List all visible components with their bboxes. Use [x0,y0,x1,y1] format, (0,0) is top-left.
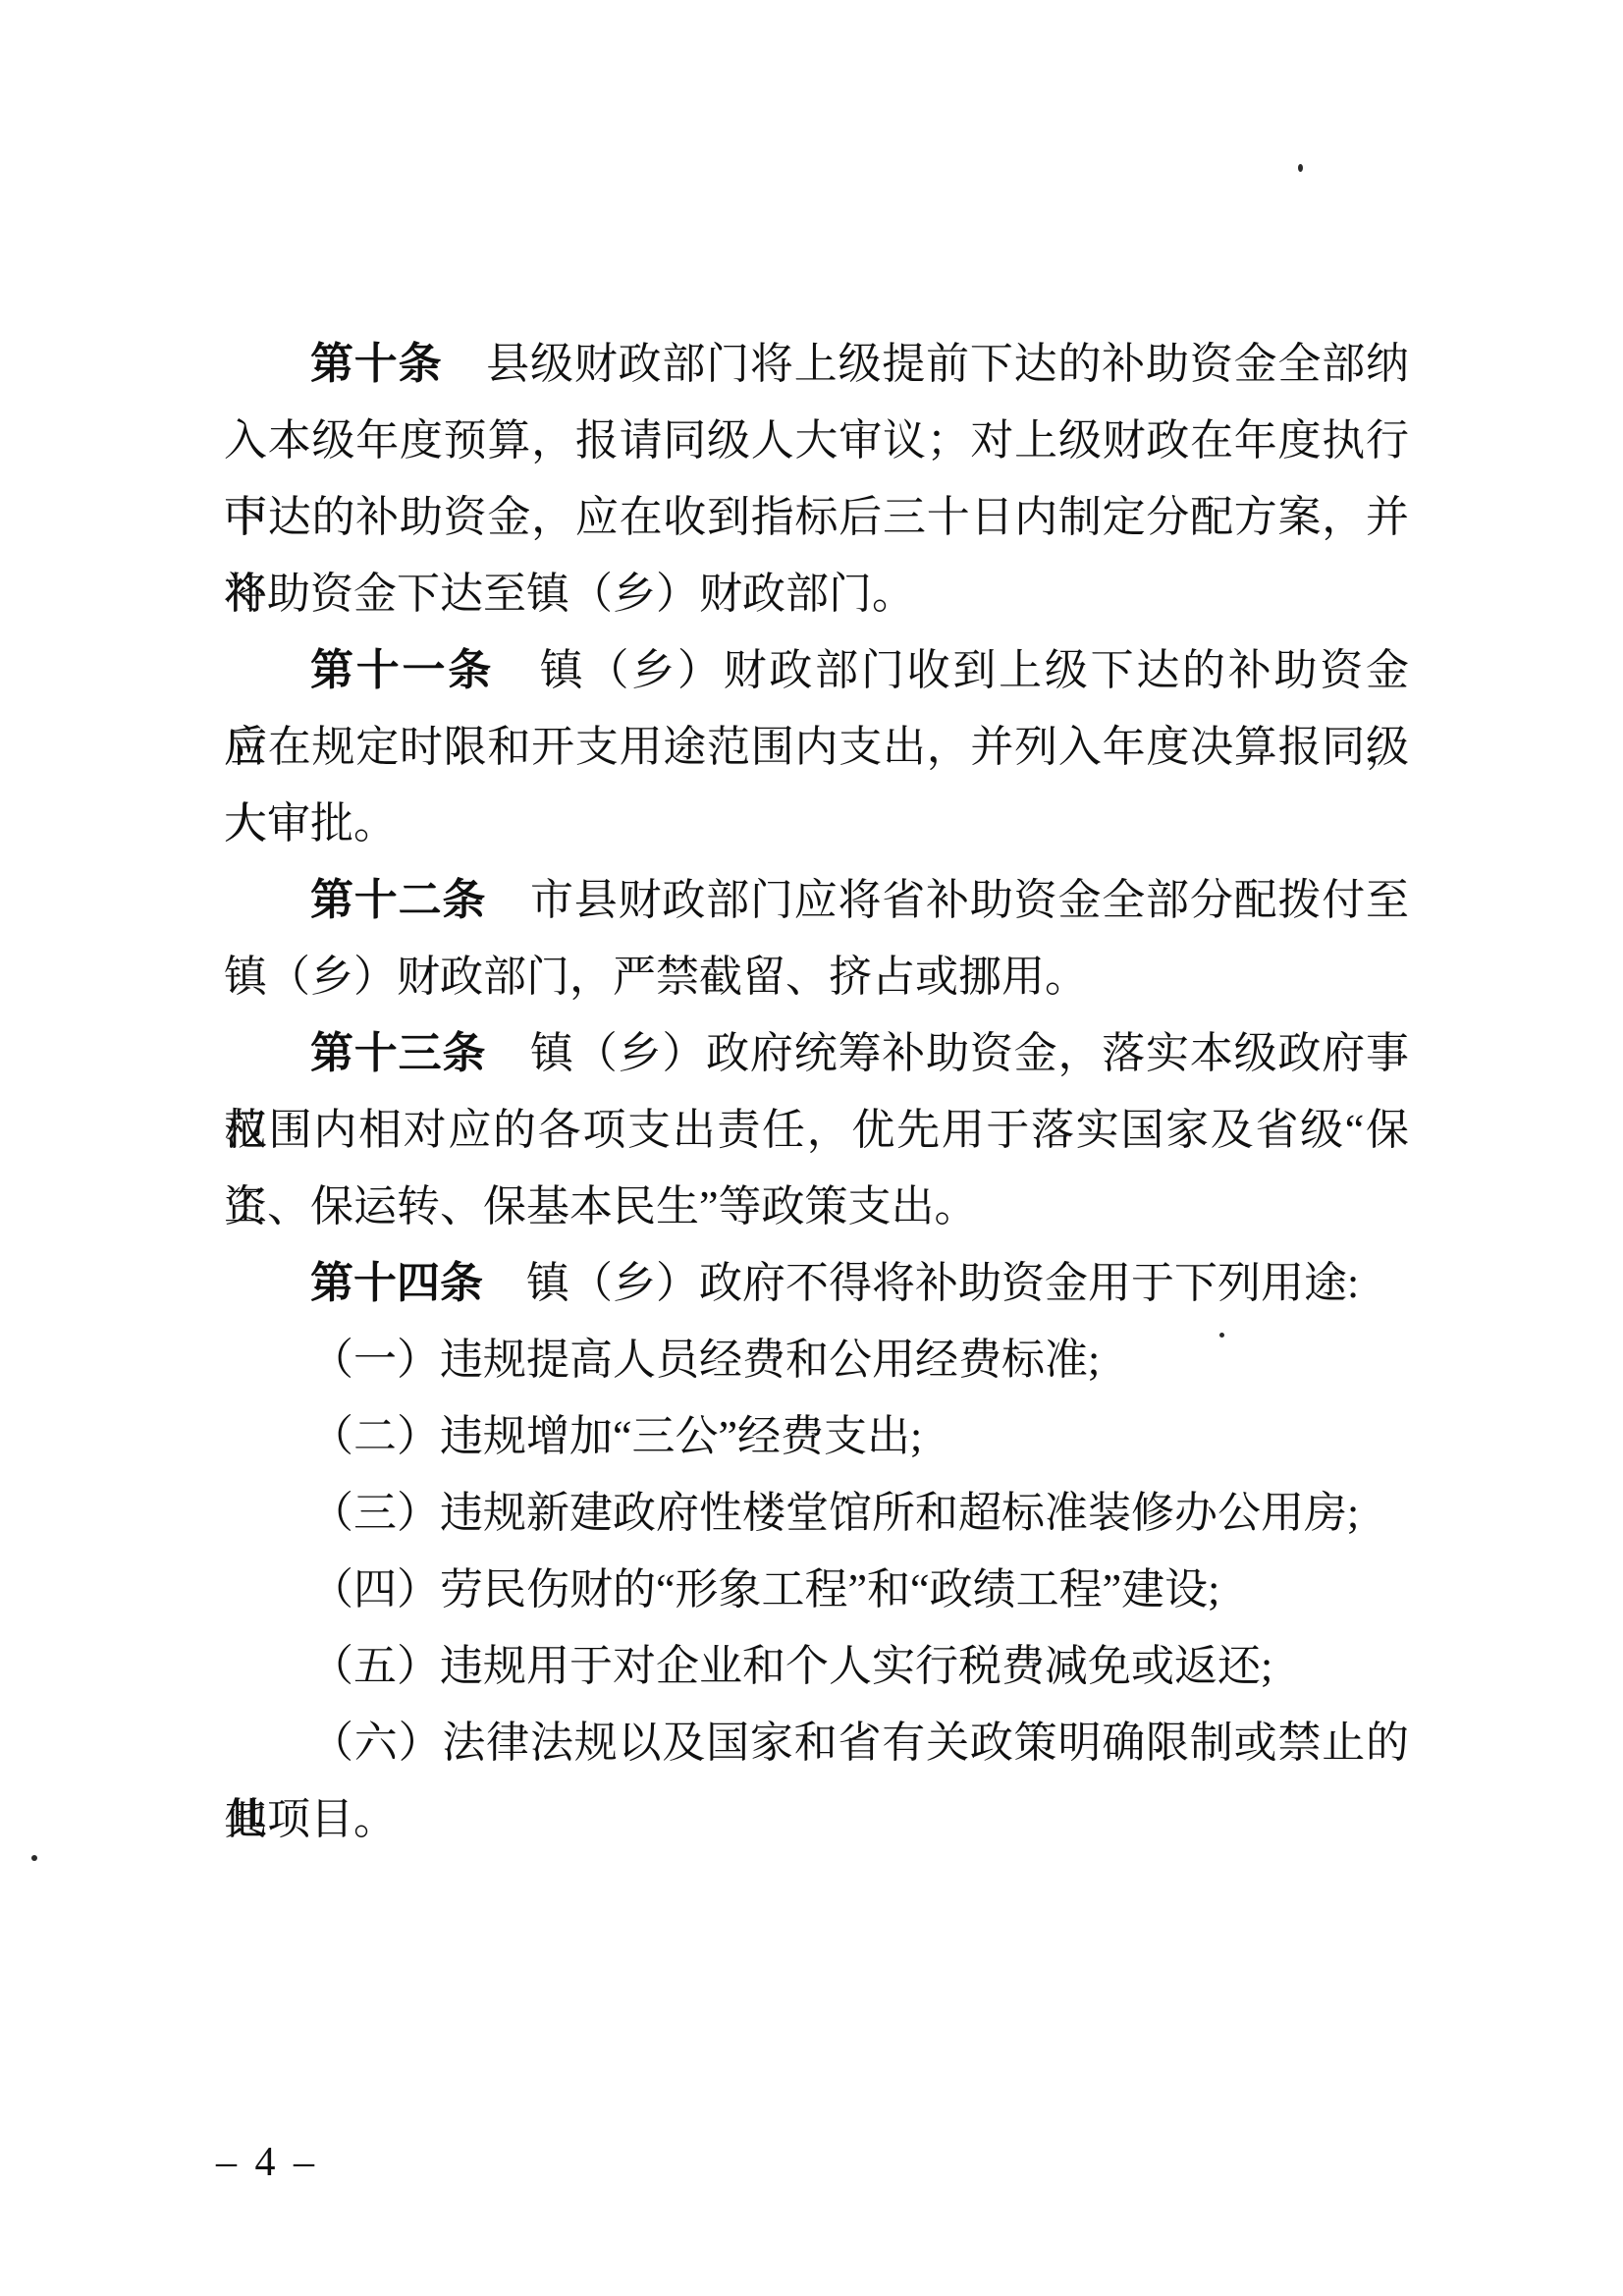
text-line: 第十条 县级财政部门将上级提前下达的补助资金全部纳 [224,326,1409,403]
scan-artifact-dot [1298,164,1303,172]
scan-artifact-dot [31,1855,37,1861]
text-segment: 大审批。 [224,799,397,847]
text-line: 镇（乡）财政部门，严禁截留、挤占或挪用。 [224,939,1409,1015]
text-segment: 县级财政部门将上级提前下达的补助资金全部纳 [442,340,1409,388]
article-number: 第十一条 [310,646,494,694]
article-number: 第十条 [310,340,442,388]
text-segment: （五）违规用于对企业和个人实行税费减免或返还; [310,1642,1272,1690]
text-segment: 镇（乡）财政部门，严禁截留、挤占或挪用。 [224,953,1088,1001]
text-segment: 市县财政部门应将省补助资金全部分配拨付至 [486,876,1409,924]
text-line: 第十二条 市县财政部门应将省补助资金全部分配拨付至 [224,862,1409,939]
text-segment: （四）劳民伤财的“形象工程”和“政绩工程”建设; [310,1565,1219,1613]
text-line: 下达的补助资金，应在收到指标后三十日内制定分配方案，并将 [224,479,1409,556]
text-line: （二）违规增加“三公”经费支出; [224,1398,1409,1475]
text-line: （五）违规用于对企业和个人实行税费减免或返还; [224,1628,1409,1705]
text-line: 范围内相对应的各项支出责任，优先用于落实国家及省级“保工 [224,1092,1409,1169]
article-number: 第十三条 [310,1029,486,1077]
scan-artifact-dot [1219,1333,1224,1338]
text-segment: （二）违规增加“三公”经费支出; [310,1412,922,1460]
text-line: 应在规定时限和开支用途范围内支出，并列入年度决算报同级人 [224,709,1409,786]
text-segment: 他项目。 [224,1795,397,1843]
text-segment: 资、保运转、保基本民生”等政策支出。 [224,1182,978,1230]
text-line: 第十三条 镇（乡）政府统筹补助资金，落实本级政府事权 [224,1015,1409,1092]
text-segment: 镇（乡）政府不得将补助资金用于下列用途: [483,1259,1359,1307]
article-number: 第十四条 [310,1259,483,1307]
text-line: 他项目。 [224,1781,1409,1858]
text-line: （六）法律法规以及国家和省有关政策明确限制或禁止的其 [224,1705,1409,1781]
scanned-document-page: 第十条 县级财政部门将上级提前下达的补助资金全部纳入本级年度预算，报请同级人大审… [0,0,1623,2296]
text-line: （三）违规新建政府性楼堂馆所和超标准装修办公用房; [224,1475,1409,1552]
text-segment: （一）违规提高人员经费和公用经费标准; [310,1336,1100,1384]
text-line: 大审批。 [224,786,1409,862]
text-segment: （三）违规新建政府性楼堂馆所和超标准装修办公用房; [310,1489,1359,1537]
article-number: 第十二条 [310,876,486,924]
text-line: （一）违规提高人员经费和公用经费标准; [224,1322,1409,1398]
text-line: 第十一条 镇（乡）财政部门收到上级下达的补助资金后， [224,632,1409,709]
text-segment: 补助资金下达至镇（乡）财政部门。 [224,570,915,618]
text-line: 第十四条 镇（乡）政府不得将补助资金用于下列用途: [224,1245,1409,1322]
text-line: （四）劳民伤财的“形象工程”和“政绩工程”建设; [224,1552,1409,1628]
text-line: 资、保运转、保基本民生”等政策支出。 [224,1169,1409,1245]
document-body: 第十条 县级财政部门将上级提前下达的补助资金全部纳入本级年度预算，报请同级人大审… [224,326,1409,1858]
page-number: – 4 – [216,2141,318,2184]
text-line: 补助资金下达至镇（乡）财政部门。 [224,556,1409,632]
text-line: 入本级年度预算，报请同级人大审议；对上级财政在年度执行中 [224,403,1409,479]
